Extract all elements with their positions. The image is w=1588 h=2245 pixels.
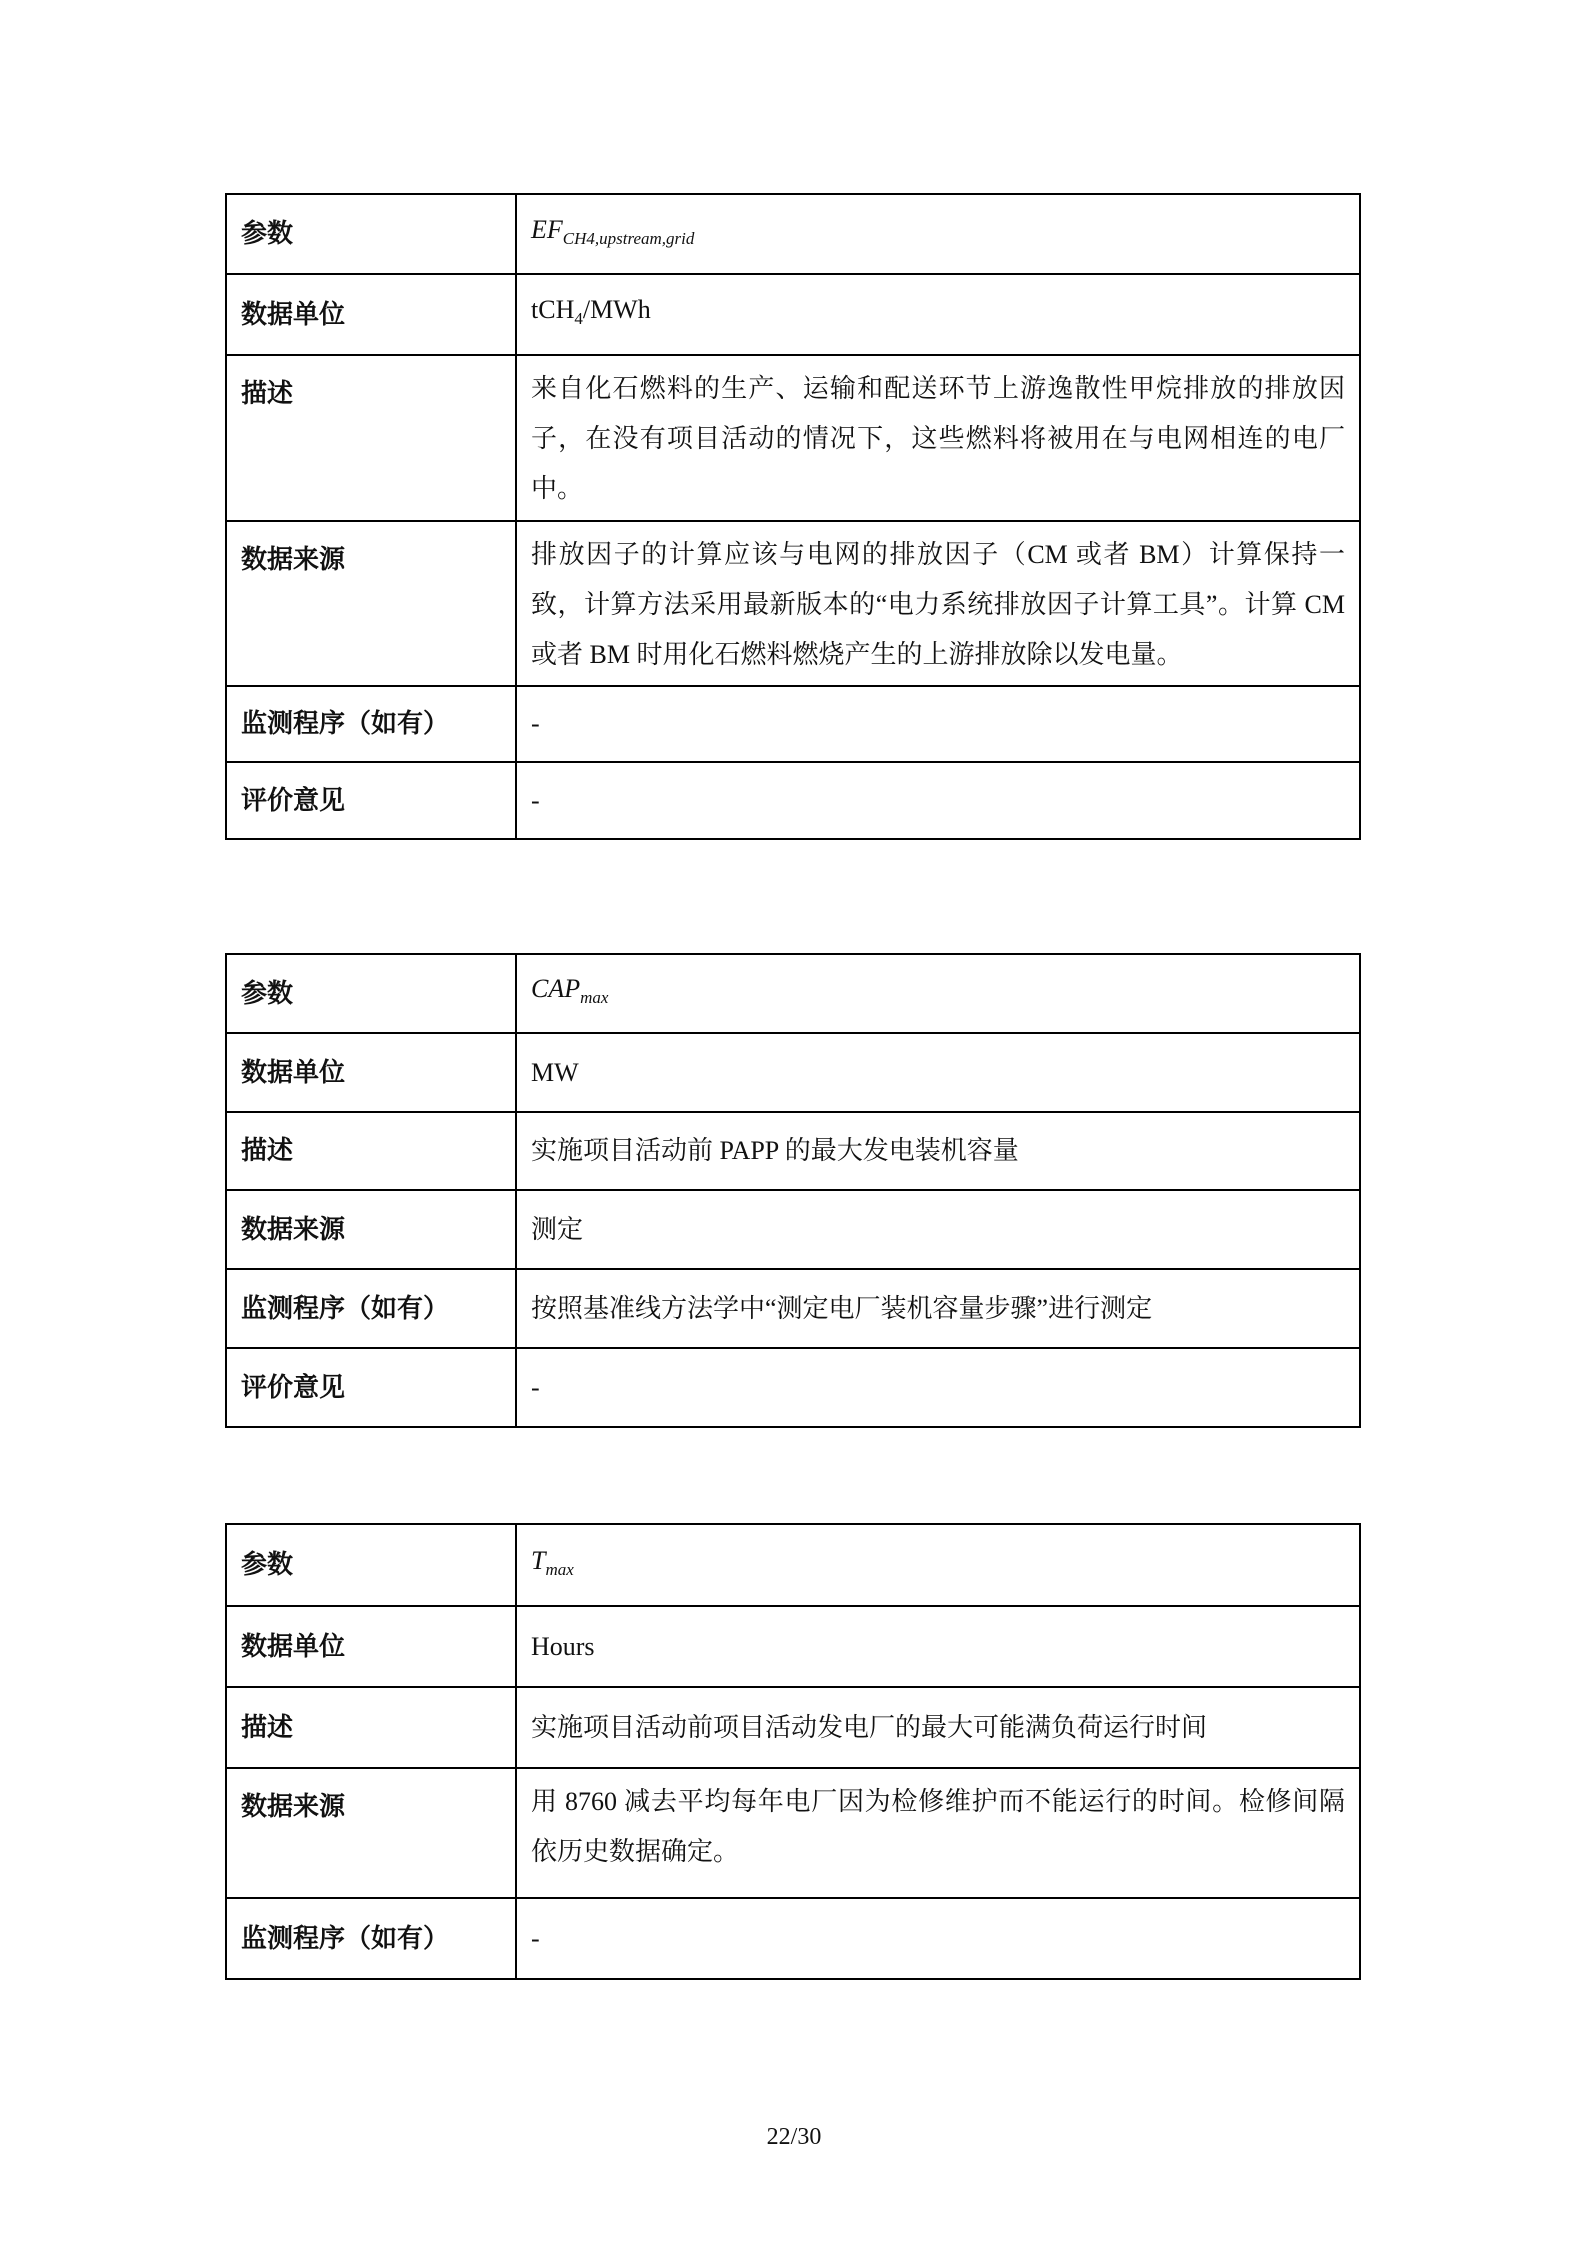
comment-value: - [516,1348,1360,1427]
data-source-value: 排放因子的计算应该与电网的排放因子（CM 或者 BM）计算保持一致，计算方法采用… [516,521,1360,686]
symbol-main: CAP [531,974,580,1003]
description-value: 来自化石燃料的生产、运输和配送环节上游逸散性甲烷排放的排放因子，在没有项目活动的… [516,355,1360,521]
symbol-subscript: max [580,988,608,1007]
comment-value: - [516,762,1360,839]
row-label-monitoring: 监测程序（如有） [226,1898,516,1979]
unit-value: tCH4/MWh [516,274,1360,355]
row-label-description: 描述 [226,1112,516,1190]
row-label-parameter: 参数 [226,954,516,1033]
row-label-description: 描述 [226,355,516,521]
symbol-main: T [531,1546,545,1575]
row-label-unit: 数据单位 [226,1606,516,1687]
parameter-symbol: EFCH4,upstream,grid [516,194,1360,274]
row-label-parameter: 参数 [226,194,516,274]
data-source-value: 测定 [516,1190,1360,1269]
row-label-data-source: 数据来源 [226,521,516,686]
row-label-unit: 数据单位 [226,274,516,355]
unit-prefix: tCH [531,295,574,324]
row-label-unit: 数据单位 [226,1033,516,1112]
symbol-subscript: CH4,upstream,grid [563,229,695,248]
description-value: 实施项目活动前 PAPP 的最大发电装机容量 [516,1112,1360,1190]
row-label-parameter: 参数 [226,1524,516,1606]
monitoring-value: - [516,1898,1360,1979]
row-label-data-source: 数据来源 [226,1190,516,1269]
unit-suffix: /MWh [583,295,651,324]
row-label-monitoring: 监测程序（如有） [226,686,516,762]
row-label-comment: 评价意见 [226,762,516,839]
parameter-table-cap-max: 参数 CAPmax 数据单位 MW 描述 实施项目活动前 PAPP 的最大发电装… [225,953,1361,1428]
parameter-symbol: CAPmax [516,954,1360,1033]
unit-value: Hours [516,1606,1360,1687]
parameter-table-ef-ch4: 参数 EFCH4,upstream,grid 数据单位 tCH4/MWh 描述 … [225,193,1361,840]
unit-value: MW [516,1033,1360,1112]
symbol-main: EF [531,215,563,244]
monitoring-value: - [516,686,1360,762]
row-label-monitoring: 监测程序（如有） [226,1269,516,1348]
row-label-data-source: 数据来源 [226,1768,516,1898]
unit-subscript: 4 [574,309,583,328]
symbol-subscript: max [545,1560,573,1579]
parameter-symbol: Tmax [516,1524,1360,1606]
page-number: 22/30 [0,2124,1588,2151]
monitoring-value: 按照基准线方法学中“测定电厂装机容量步骤”进行测定 [516,1269,1360,1348]
data-source-value: 用 8760 减去平均每年电厂因为检修维护而不能运行的时间。检修间隔依历史数据确… [516,1768,1360,1898]
row-label-comment: 评价意见 [226,1348,516,1427]
row-label-description: 描述 [226,1687,516,1768]
description-value: 实施项目活动前项目活动发电厂的最大可能满负荷运行时间 [516,1687,1360,1768]
parameter-table-t-max: 参数 Tmax 数据单位 Hours 描述 实施项目活动前项目活动发电厂的最大可… [225,1523,1361,1980]
